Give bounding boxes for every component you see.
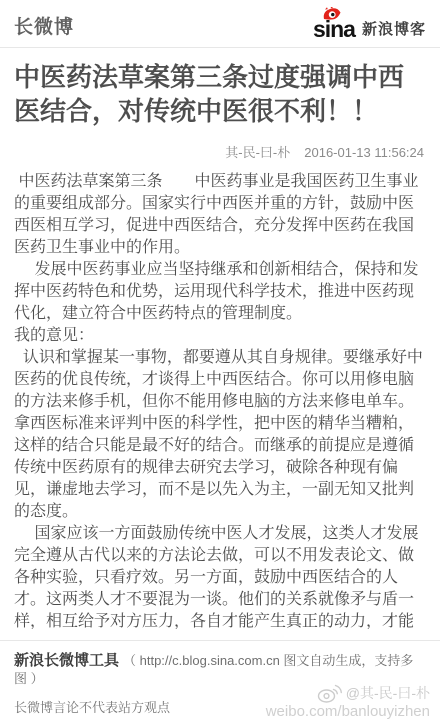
sina-eye-icon bbox=[322, 7, 342, 21]
post-meta: 其-民-曰-朴2016-01-13 11:56:24 bbox=[14, 142, 424, 161]
weibo-watermark: @其-民-曰-朴 weibo.com/banlouyizhen bbox=[266, 683, 430, 720]
watermark-handle: @其-民-曰-朴 bbox=[346, 685, 430, 702]
post-body: 中医药法草案第三条 中医药事业是我国医药卫生事业的重要组成部分。国家实行中西医并… bbox=[14, 171, 426, 629]
body-paragraph: 认识和掌握某一事物，都要遵从其自身规律。要继承好中医药的优良传统，才谈得上中西医… bbox=[14, 347, 426, 523]
body-paragraph: 中医药法草案第三条 中医药事业是我国医药卫生事业的重要组成部分。国家实行中西医并… bbox=[14, 171, 426, 259]
sina-blog-logo: sina 新浪博客 bbox=[313, 10, 426, 41]
watermark-url: weibo.com/banlouyizhen bbox=[266, 703, 430, 720]
sina-wordmark: sina bbox=[313, 10, 355, 41]
tool-name: 新浪长微博工具 bbox=[14, 652, 119, 669]
body-paragraph: 发展中医药事业应当坚持继承和创新相结合，保持和发挥中医药特色和优势，运用现代科学… bbox=[14, 259, 426, 325]
long-weibo-card: 长微博 sina 新浪博客 中医药法草案第三条过度强调中西医结合，对传统中医很不… bbox=[0, 0, 440, 726]
sina-blog-label: 新浪博客 bbox=[362, 12, 426, 39]
post-title: 中医药法草案第三条过度强调中西医结合，对传统中医很不利！！ bbox=[14, 60, 426, 128]
body-paragraph: 我的意见： bbox=[14, 325, 426, 347]
post-datetime: 2016-01-13 11:56:24 bbox=[304, 145, 424, 160]
weibo-logo-icon bbox=[317, 683, 343, 703]
header-bar: 长微博 sina 新浪博客 bbox=[0, 0, 440, 48]
post-author: 其-民-曰-朴 bbox=[225, 145, 290, 160]
page-title: 长微博 bbox=[14, 12, 74, 39]
watermark-handle-row: @其-民-曰-朴 bbox=[266, 683, 430, 703]
body-paragraph: 国家应该一方面鼓励传统中医人才发展，这类人才发展完全遵从古代以来的方法论去做，可… bbox=[14, 523, 426, 629]
